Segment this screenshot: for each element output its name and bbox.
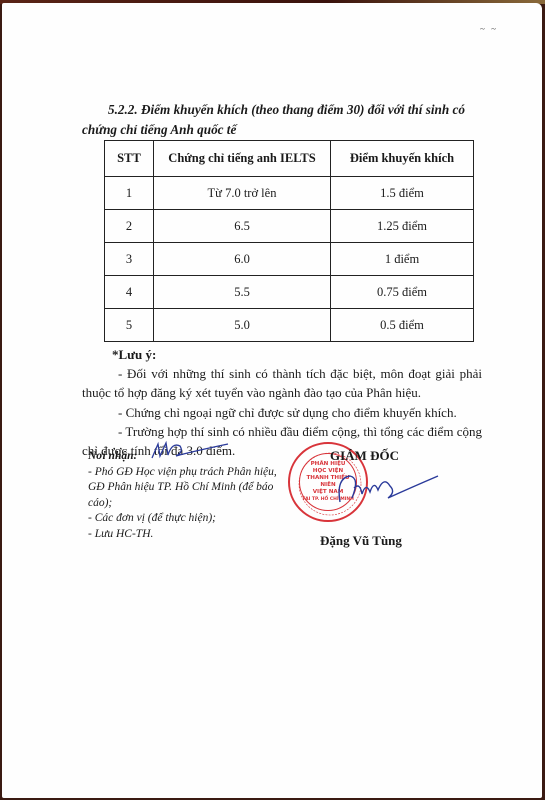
recipients-block: Nơi nhận: - Phó GĐ Học viện phụ trách Ph… [88, 449, 293, 542]
cell-ielts: 6.0 [154, 243, 331, 276]
recipients-label: Nơi nhận: [88, 450, 137, 462]
recipient-item: - Các đơn vị (để thực hiện); [88, 511, 293, 527]
cell-stt: 1 [105, 177, 154, 210]
cell-ielts: 6.5 [154, 210, 331, 243]
cell-stt: 4 [105, 276, 154, 309]
cell-ielts: Từ 7.0 trở lên [154, 177, 331, 210]
cell-bonus: 0.5 điểm [331, 309, 474, 342]
signatory-name: Đặng Vũ Tùng [320, 533, 402, 549]
table-row: 3 6.0 1 điểm [105, 243, 474, 276]
handwritten-signature-icon [330, 468, 440, 508]
initials-signature-icon [150, 440, 230, 462]
notes-title: *Lưu ý: [82, 345, 482, 364]
table-row: 4 5.5 0.75 điểm [105, 276, 474, 309]
cell-stt: 2 [105, 210, 154, 243]
table-row: 2 6.5 1.25 điểm [105, 210, 474, 243]
table-row: 5 5.0 0.5 điểm [105, 309, 474, 342]
cell-bonus: 1.25 điểm [331, 210, 474, 243]
header-stt: STT [105, 141, 154, 177]
section-heading: 5.2.2. Điểm khuyến khích (theo thang điể… [82, 100, 482, 140]
note-item: - Đối với những thí sinh có thành tích đ… [82, 364, 482, 402]
note-item: - Chứng chỉ ngoại ngữ chỉ được sử dụng c… [82, 403, 482, 422]
cell-ielts: 5.0 [154, 309, 331, 342]
table-row: 1 Từ 7.0 trở lên 1.5 điểm [105, 177, 474, 210]
cell-bonus: 0.75 điểm [331, 276, 474, 309]
signatory-title: GIÁM ĐỐC [330, 448, 399, 464]
cell-bonus: 1.5 điểm [331, 177, 474, 210]
table-header-row: STT Chứng chỉ tiếng anh IELTS Điểm khuyế… [105, 141, 474, 177]
header-bonus: Điểm khuyến khích [331, 141, 474, 177]
cell-stt: 5 [105, 309, 154, 342]
corner-marks: ~ ~ [480, 24, 498, 34]
cell-ielts: 5.5 [154, 276, 331, 309]
recipient-item: - Lưu HC-TH. [88, 527, 293, 543]
cell-stt: 3 [105, 243, 154, 276]
ielts-bonus-table: STT Chứng chỉ tiếng anh IELTS Điểm khuyế… [104, 140, 474, 342]
cell-bonus: 1 điểm [331, 243, 474, 276]
header-certificate: Chứng chỉ tiếng anh IELTS [154, 141, 331, 177]
section-heading-text: 5.2.2. Điểm khuyến khích (theo thang điể… [82, 102, 465, 137]
recipient-item: - Phó GĐ Học viện phụ trách Phân hiệu, G… [88, 465, 293, 512]
notes-section: *Lưu ý: - Đối với những thí sinh có thàn… [82, 345, 482, 460]
